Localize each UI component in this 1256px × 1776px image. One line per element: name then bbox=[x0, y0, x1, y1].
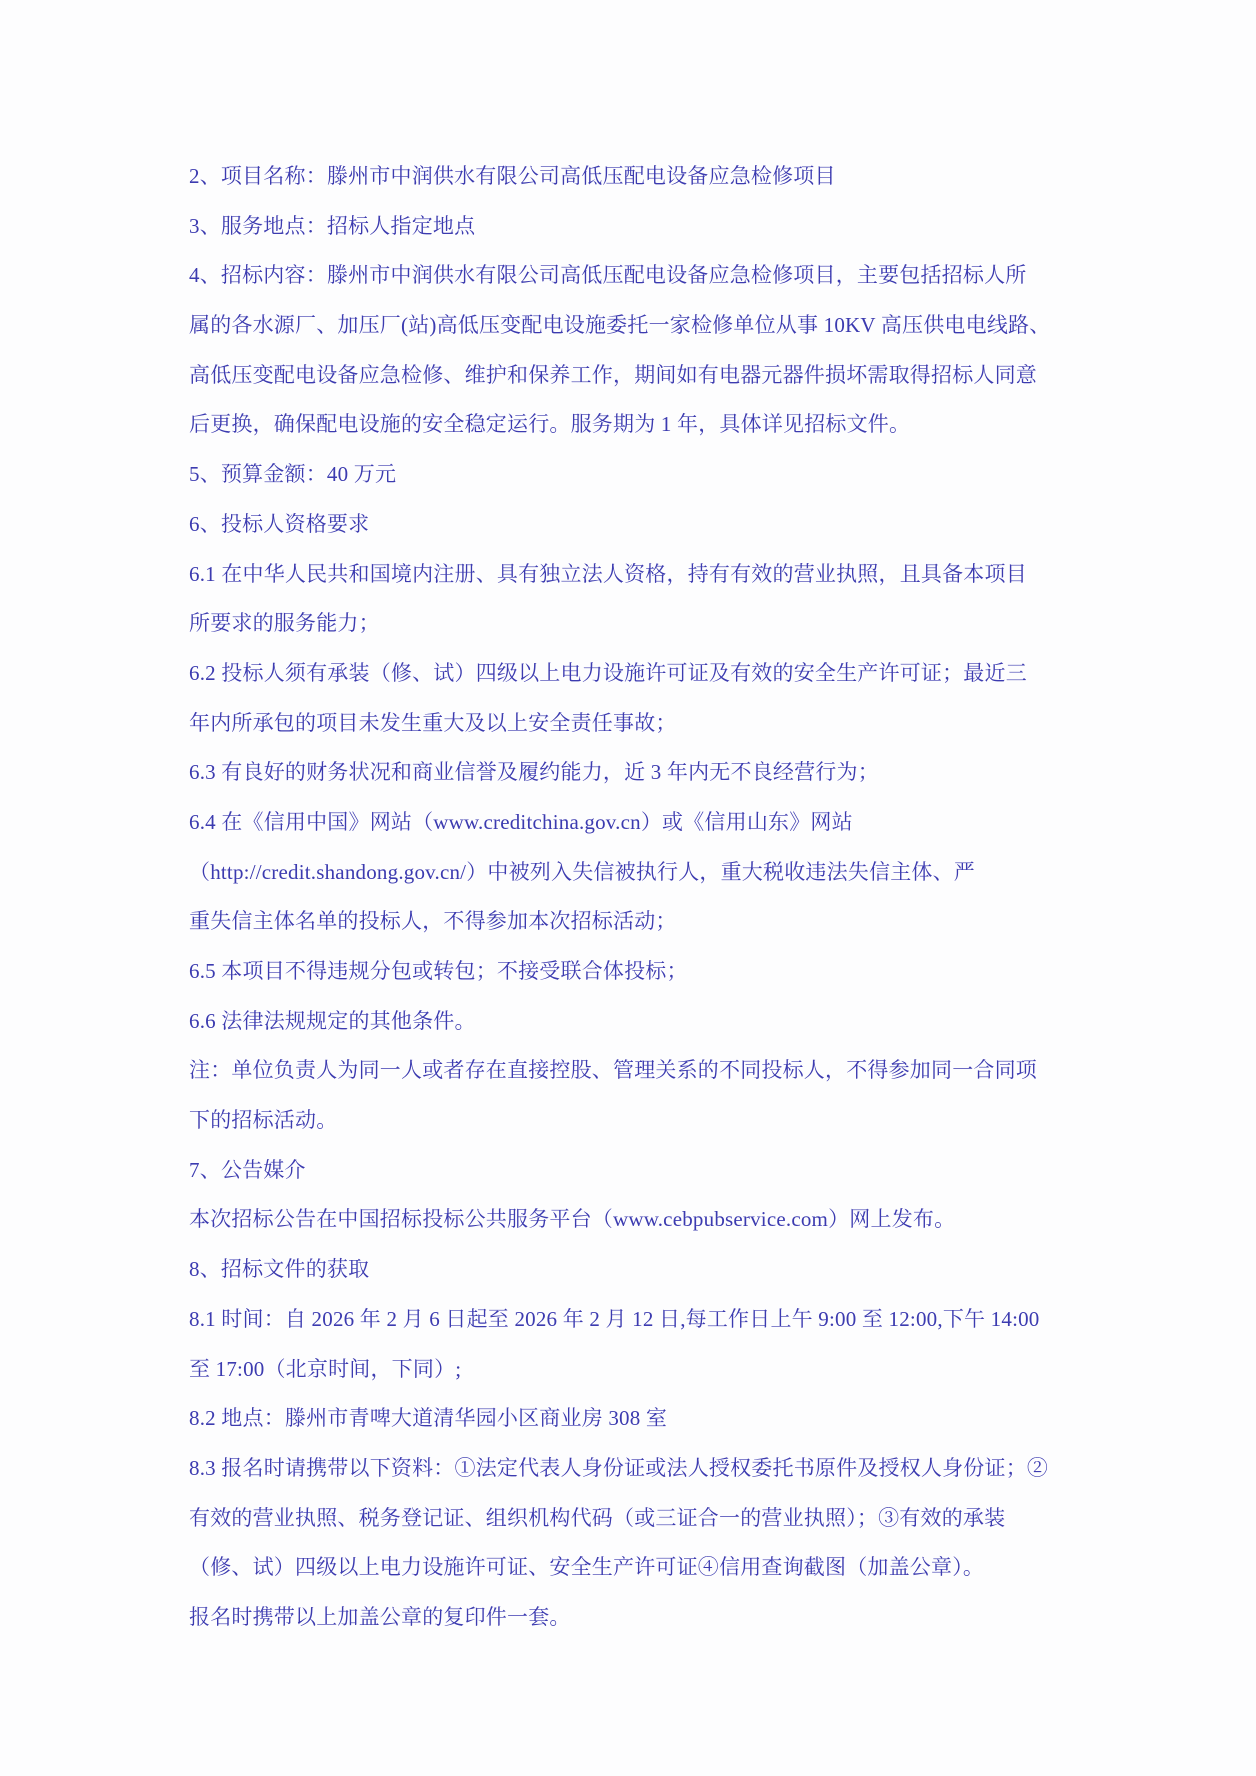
doc-line-qualification-6-5: 6.5 本项目不得违规分包或转包；不接受联合体投标； bbox=[189, 947, 1089, 997]
doc-line-qualification-heading: 6、投标人资格要求 bbox=[189, 500, 1089, 550]
doc-line-materials-4: 报名时携带以上加盖公章的复印件一套。 bbox=[189, 1593, 1089, 1643]
doc-line-budget: 5、预算金额：40 万元 bbox=[189, 450, 1089, 500]
doc-line-media-platform: 本次招标公告在中国招标投标公共服务平台（www.cebpubservice.co… bbox=[189, 1195, 1089, 1245]
doc-line-qualification-6-2b: 年内所承包的项目未发生重大及以上安全责任事故； bbox=[189, 699, 1089, 749]
doc-line-note-2: 下的招标活动。 bbox=[189, 1096, 1089, 1146]
doc-line-qualification-6-3: 6.3 有良好的财务状况和商业信誉及履约能力，近 3 年内无不良经营行为； bbox=[189, 748, 1089, 798]
doc-line-obtain-place: 8.2 地点：滕州市青啤大道清华园小区商业房 308 室 bbox=[189, 1394, 1089, 1444]
doc-line-qualification-6-6: 6.6 法律法规规定的其他条件。 bbox=[189, 997, 1089, 1047]
doc-line-materials-1: 8.3 报名时请携带以下资料：①法定代表人身份证或法人授权委托书原件及授权人身份… bbox=[189, 1444, 1089, 1494]
doc-line-tender-content-3: 高低压变配电设备应急检修、维护和保养工作，期间如有电器元器件损坏需取得招标人同意 bbox=[189, 351, 1089, 401]
doc-line-media-heading: 7、公告媒介 bbox=[189, 1146, 1089, 1196]
doc-line-note-1: 注：单位负责人为同一人或者存在直接控股、管理关系的不同投标人，不得参加同一合同项 bbox=[189, 1046, 1089, 1096]
document-page: 2、项目名称：滕州市中润供水有限公司高低压配电设备应急检修项目 3、服务地点：招… bbox=[0, 0, 1256, 1776]
doc-line-tender-content-4: 后更换，确保配电设施的安全稳定运行。服务期为 1 年，具体详见招标文件。 bbox=[189, 400, 1089, 450]
doc-line-materials-2: 有效的营业执照、税务登记证、组织机构代码（或三证合一的营业执照）；③有效的承装 bbox=[189, 1494, 1089, 1544]
tender-announcement-body: 2、项目名称：滕州市中润供水有限公司高低压配电设备应急检修项目 3、服务地点：招… bbox=[189, 152, 1089, 1643]
doc-line-tender-content-2: 属的各水源厂、加压厂(站)高低压变配电设施委托一家检修单位从事 10KV 高压供… bbox=[189, 301, 1089, 351]
doc-line-project-name: 2、项目名称：滕州市中润供水有限公司高低压配电设备应急检修项目 bbox=[189, 152, 1089, 202]
doc-line-qualification-6-4b: （http://credit.shandong.gov.cn/）中被列入失信被执… bbox=[189, 848, 1089, 898]
doc-line-qualification-6-2a: 6.2 投标人须有承装（修、试）四级以上电力设施许可证及有效的安全生产许可证；最… bbox=[189, 649, 1089, 699]
doc-line-obtain-time-1: 8.1 时间：自 2026 年 2 月 6 日起至 2026 年 2 月 12 … bbox=[189, 1295, 1089, 1345]
doc-line-qualification-6-4c: 重失信主体名单的投标人，不得参加本次招标活动； bbox=[189, 897, 1089, 947]
doc-line-materials-3: （修、试）四级以上电力设施许可证、安全生产许可证④信用查询截图（加盖公章）。 bbox=[189, 1543, 1089, 1593]
doc-line-obtain-time-2: 至 17:00（北京时间，下同）; bbox=[189, 1345, 1089, 1395]
doc-line-qualification-6-4a: 6.4 在《信用中国》网站（www.creditchina.gov.cn）或《信… bbox=[189, 798, 1089, 848]
doc-line-qualification-6-1b: 所要求的服务能力； bbox=[189, 599, 1089, 649]
doc-line-qualification-6-1a: 6.1 在中华人民共和国境内注册、具有独立法人资格，持有有效的营业执照，且具备本… bbox=[189, 550, 1089, 600]
doc-line-tender-content-1: 4、招标内容：滕州市中润供水有限公司高低压配电设备应急检修项目，主要包括招标人所 bbox=[189, 251, 1089, 301]
doc-line-obtain-heading: 8、招标文件的获取 bbox=[189, 1245, 1089, 1295]
doc-line-service-location: 3、服务地点：招标人指定地点 bbox=[189, 202, 1089, 252]
